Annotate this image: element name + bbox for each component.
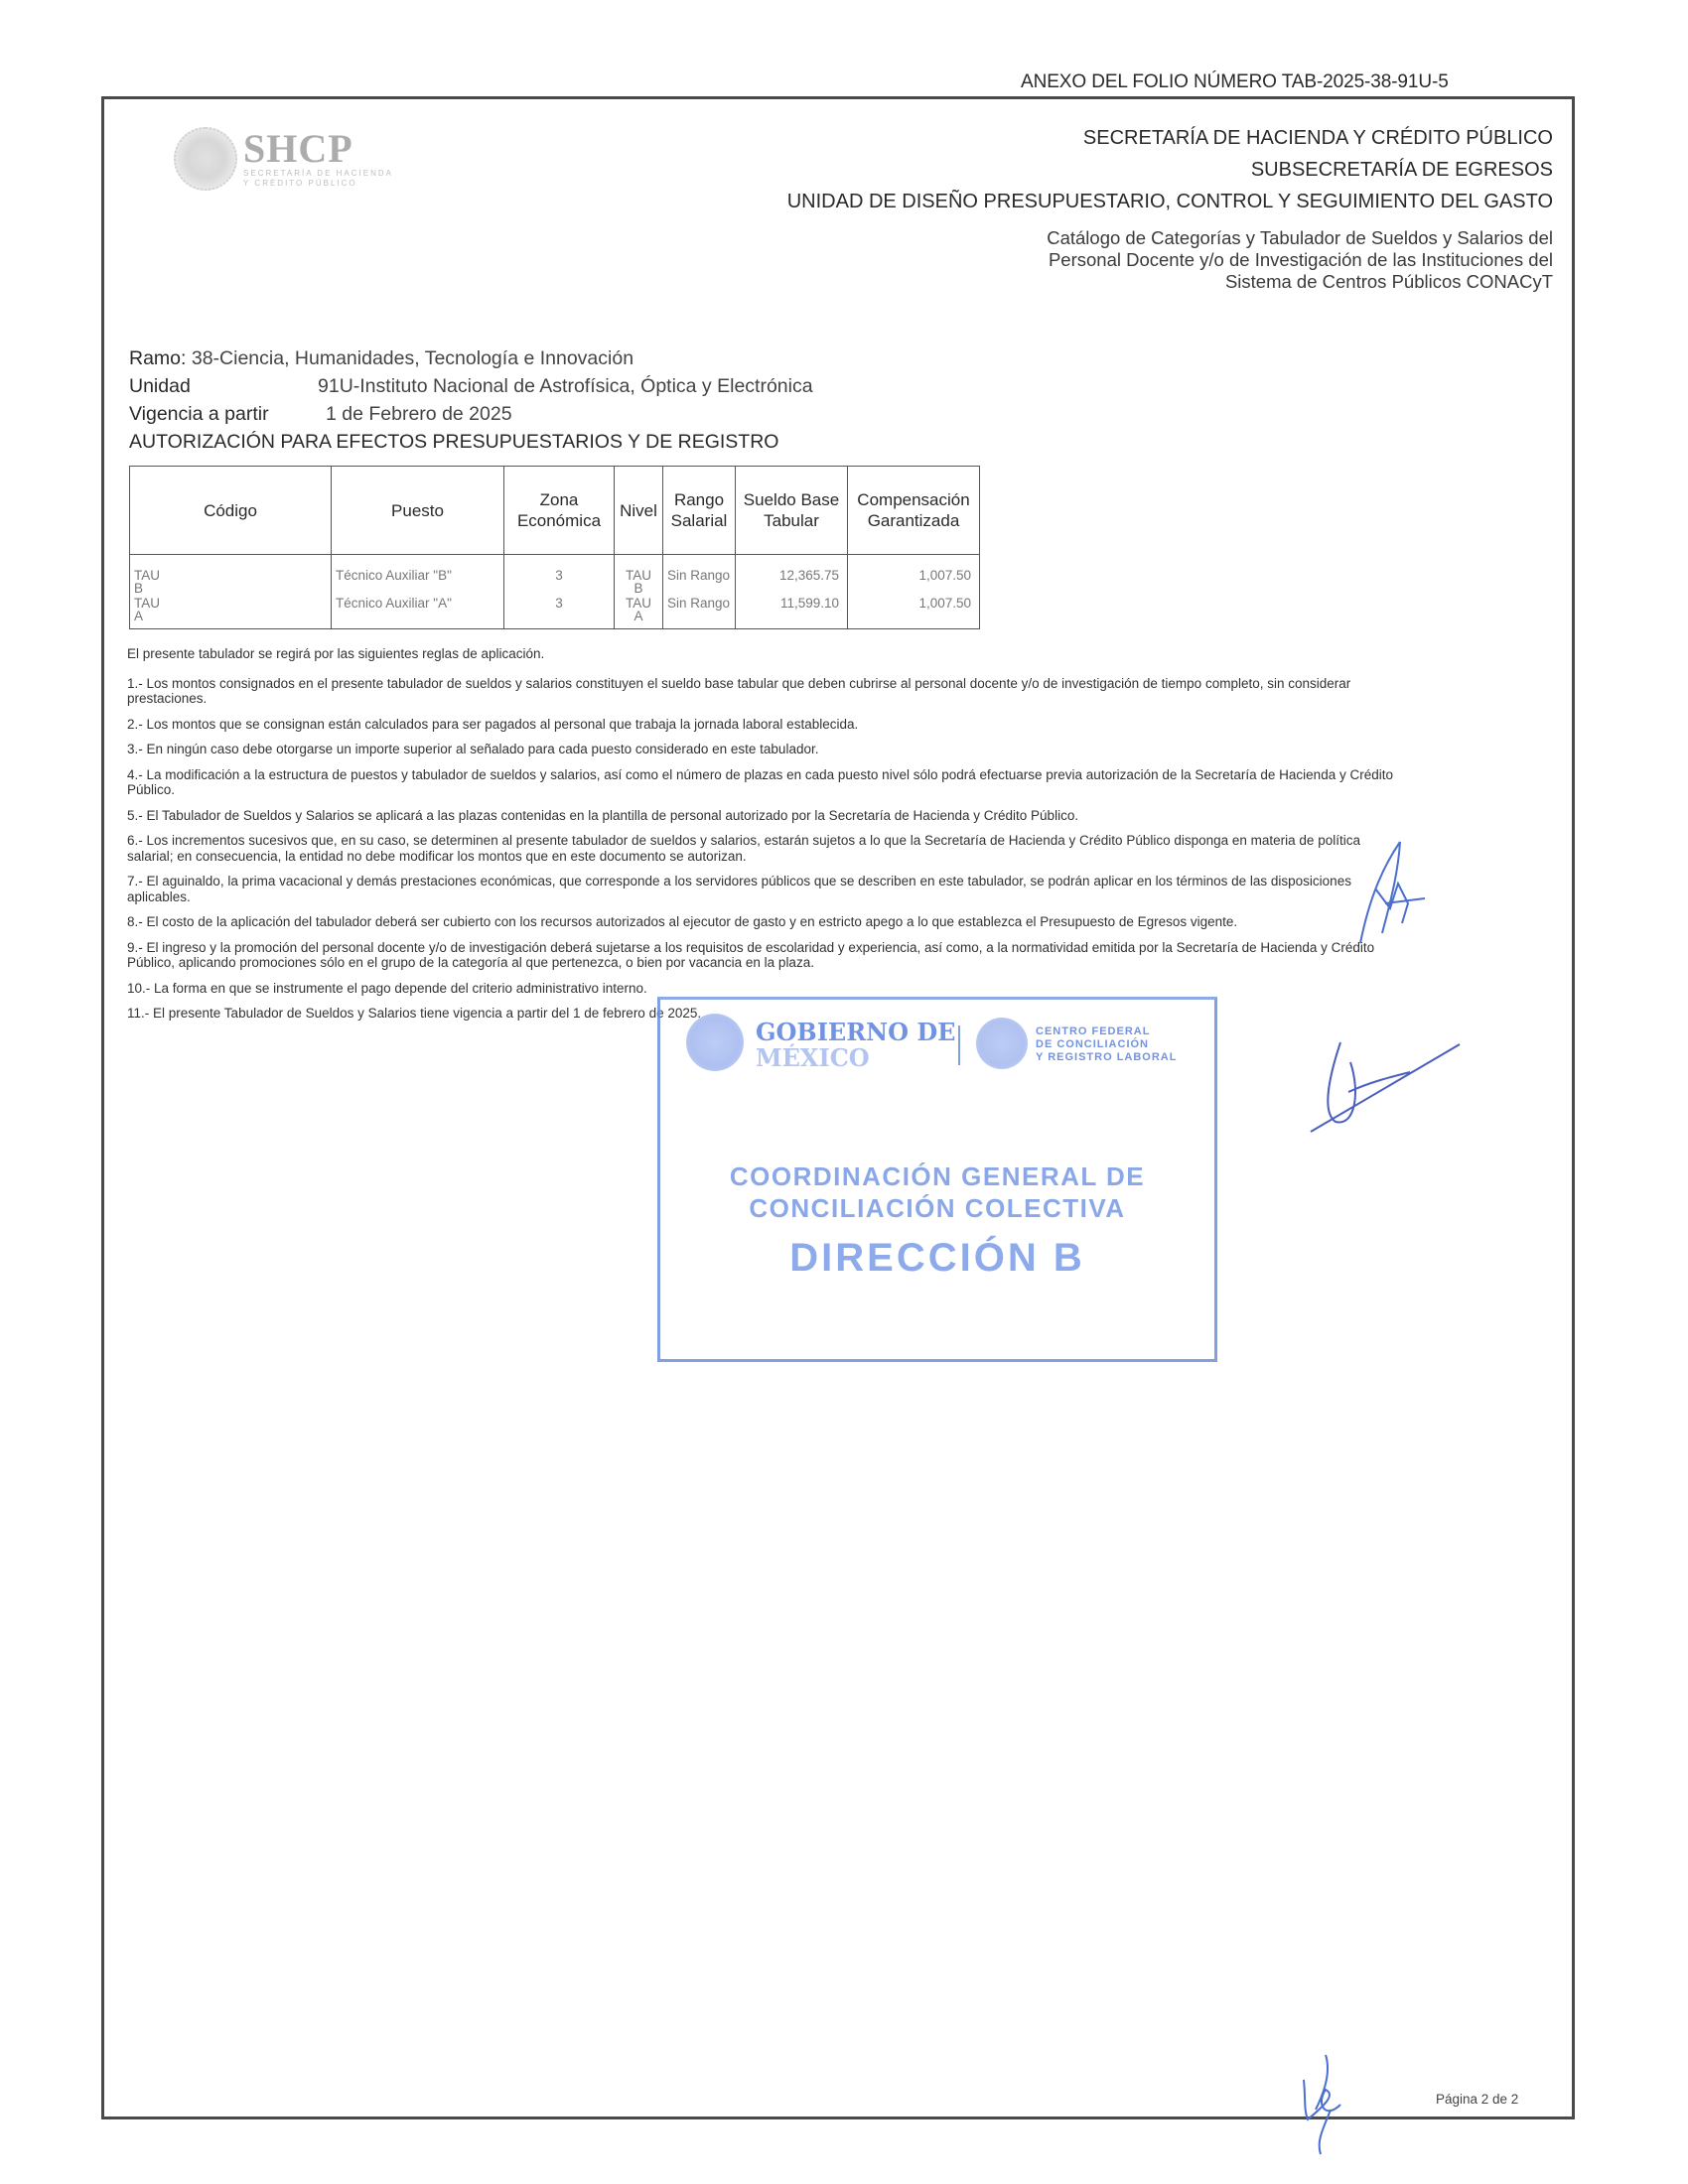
ramo-label: Ramo:	[129, 347, 186, 370]
cell-puesto: Técnico Auxiliar "B"	[332, 555, 504, 596]
col-puesto: Puesto	[332, 467, 504, 555]
header-secretaria: SECRETARÍA DE HACIENDA Y CRÉDITO PÚBLICO	[1083, 127, 1553, 150]
rules-intro: El presente tabulador se regirá por las …	[127, 646, 1408, 662]
rule-item: 3.- En ningún caso debe otorgarse un imp…	[127, 742, 1408, 757]
salary-table: Código Puesto ZonaEconómica Nivel RangoS…	[129, 466, 980, 629]
cell-zona: 3	[504, 555, 615, 596]
logo-brand: SHCP	[243, 129, 393, 169]
header-subsecretaria: SUBSECRETARÍA DE EGRESOS	[1251, 159, 1553, 182]
stamp-gobierno: GOBIERNO DE MÉXICO	[756, 1020, 955, 1071]
col-rango: RangoSalarial	[663, 467, 736, 555]
catalog-line-3: Sistema de Centros Públicos CONACyT	[1047, 271, 1553, 293]
table-row: TAUB Técnico Auxiliar "B" 3 TAUB Sin Ran…	[130, 555, 980, 596]
catalog-line-2: Personal Docente y/o de Investigación de…	[1047, 249, 1553, 271]
unidad-value: 91U-Instituto Nacional de Astrofísica, Ó…	[318, 375, 813, 398]
rule-item: 10.- La forma en que se instrumente el p…	[127, 981, 1408, 997]
rule-item: 9.- El ingreso y la promoción del person…	[127, 940, 1408, 971]
folio-number: ANEXO DEL FOLIO NÚMERO TAB-2025-38-91U-5	[1021, 71, 1449, 93]
header-unidad: UNIDAD DE DISEÑO PRESUPUESTARIO, CONTROL…	[787, 191, 1553, 213]
catalog-title: Catálogo de Categorías y Tabulador de Su…	[1047, 227, 1553, 293]
table-row: TAUA Técnico Auxiliar "A" 3 TAUA Sin Ran…	[130, 595, 980, 629]
rule-item: 2.- Los montos que se consignan están ca…	[127, 717, 1408, 733]
unidad-row: Unidad 91U-Instituto Nacional de Astrofí…	[129, 375, 191, 398]
rule-item: 7.- El aguinaldo, la prima vacacional y …	[127, 874, 1408, 904]
stamp-coordinacion: COORDINACIÓN GENERAL DE CONCILIACIÓN COL…	[660, 1160, 1214, 1224]
signature-3-icon	[1296, 2050, 1355, 2159]
national-seal-icon	[174, 127, 237, 191]
unidad-label: Unidad	[129, 375, 191, 398]
rule-item: 6.- Los incrementos sucesivos que, en su…	[127, 833, 1408, 864]
official-stamp: GOBIERNO DE MÉXICO CENTRO FEDERAL DE CON…	[657, 997, 1217, 1362]
logo-subtitle-1: SECRETARÍA DE HACIENDA	[243, 169, 393, 179]
rule-item: 4.- La modificación a la estructura de p…	[127, 767, 1408, 798]
cell-zona: 3	[504, 595, 615, 629]
table-header-row: Código Puesto ZonaEconómica Nivel RangoS…	[130, 467, 980, 555]
gobierno-emblem-icon	[686, 1014, 744, 1071]
col-compensacion: CompensaciónGarantizada	[848, 467, 980, 555]
rule-item: 1.- Los montos consignados en el present…	[127, 676, 1408, 707]
stamp-direccion: DIRECCIÓN B	[660, 1236, 1214, 1281]
ramo-row: Ramo: 38-Ciencia, Humanidades, Tecnologí…	[129, 347, 633, 370]
col-nivel: Nivel	[615, 467, 663, 555]
cell-nivel: TAUB	[615, 555, 663, 596]
cell-nivel: TAUA	[615, 595, 663, 629]
rule-item: 5.- El Tabulador de Sueldos y Salarios s…	[127, 808, 1408, 824]
cfcrl-emblem-icon	[976, 1018, 1028, 1069]
col-zona: ZonaEconómica	[504, 467, 615, 555]
cell-sueldo: 11,599.10	[736, 595, 848, 629]
cell-codigo: TAUA	[130, 595, 332, 629]
vigencia-label: Vigencia a partir	[129, 403, 269, 426]
signature-1-icon	[1331, 834, 1440, 953]
cell-compensacion: 1,007.50	[848, 555, 980, 596]
col-codigo: Código	[130, 467, 332, 555]
autorizacion-title: AUTORIZACIÓN PARA EFECTOS PRESUPUESTARIO…	[129, 431, 778, 454]
stamp-centro-federal: CENTRO FEDERAL DE CONCILIACIÓN Y REGISTR…	[1036, 1025, 1177, 1064]
logo-subtitle-2: Y CRÉDITO PÚBLICO	[243, 179, 393, 189]
vigencia-value: 1 de Febrero de 2025	[326, 403, 512, 426]
ramo-value: 38-Ciencia, Humanidades, Tecnología e In…	[192, 347, 633, 369]
shcp-logo: SHCP SECRETARÍA DE HACIENDA Y CRÉDITO PÚ…	[174, 127, 393, 191]
cell-codigo: TAUB	[130, 555, 332, 596]
col-sueldo: Sueldo BaseTabular	[736, 467, 848, 555]
cell-sueldo: 12,365.75	[736, 555, 848, 596]
stamp-divider	[958, 1025, 960, 1065]
page-number: Página 2 de 2	[1436, 2092, 1518, 2107]
rule-item: 8.- El costo de la aplicación del tabula…	[127, 914, 1408, 930]
cell-compensacion: 1,007.50	[848, 595, 980, 629]
cell-puesto: Técnico Auxiliar "A"	[332, 595, 504, 629]
signature-2-icon	[1301, 1032, 1470, 1142]
cell-rango: Sin Rango	[663, 595, 736, 629]
cell-rango: Sin Rango	[663, 555, 736, 596]
catalog-line-1: Catálogo de Categorías y Tabulador de Su…	[1047, 227, 1553, 249]
vigencia-row: Vigencia a partir 1 de Febrero de 2025	[129, 403, 269, 426]
rules-section: El presente tabulador se regirá por las …	[127, 646, 1408, 1031]
